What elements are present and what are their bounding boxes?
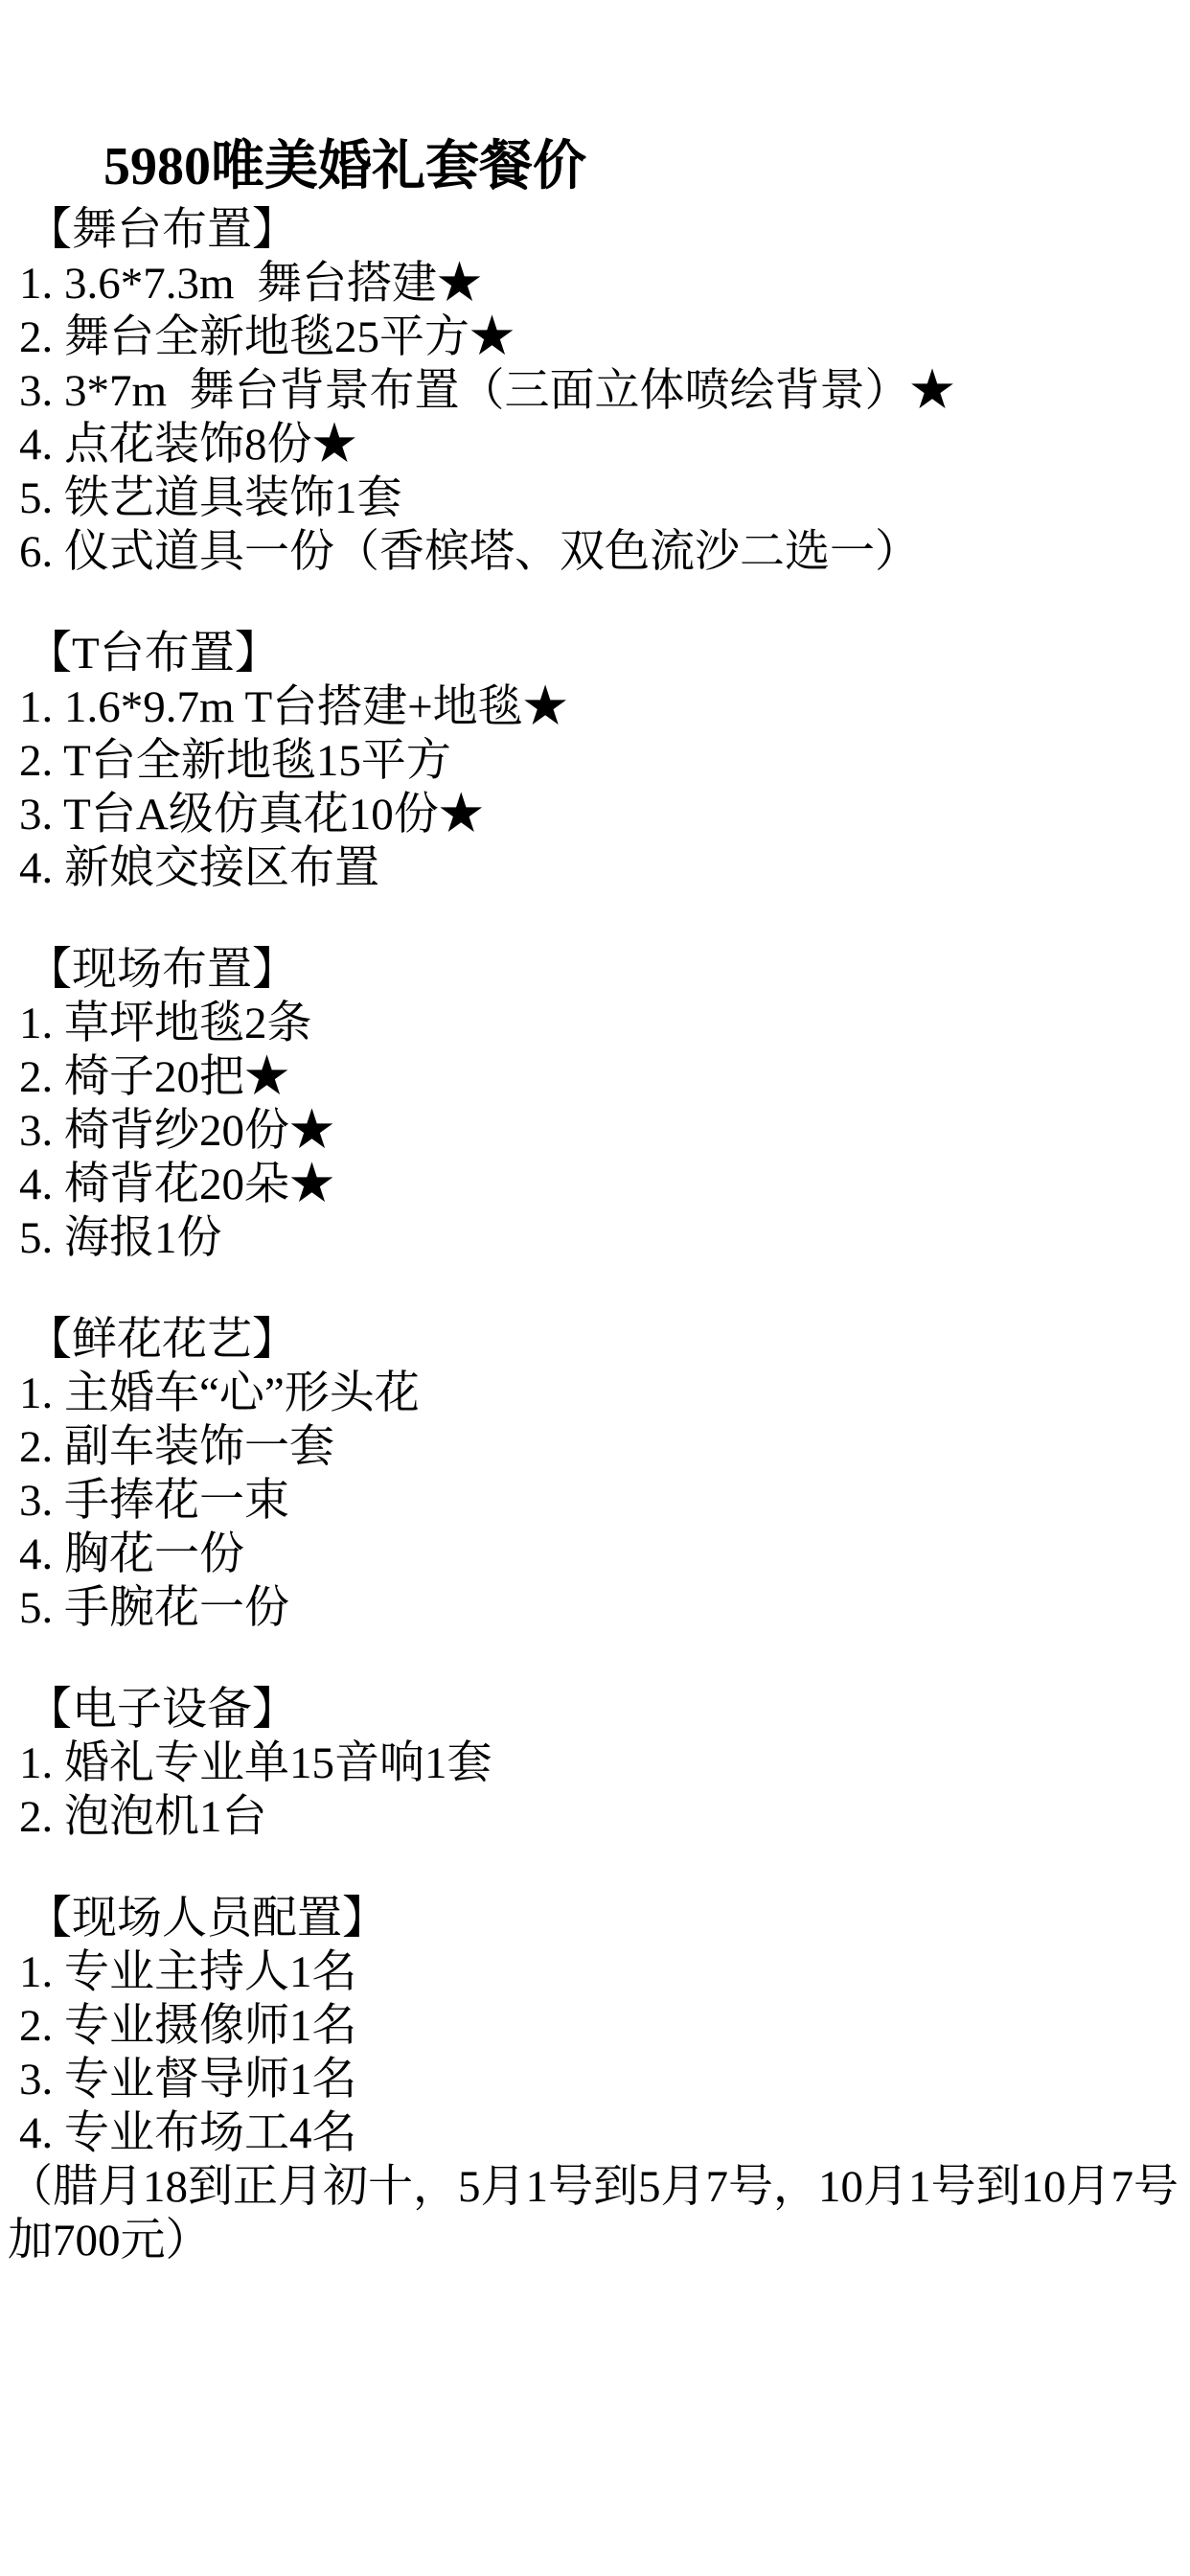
list-item: 3. 手捧花一束: [0, 1474, 1190, 1528]
document-page: 5980唯美婚礼套餐价 【舞台布置】 1. 3.6*7.3m 舞台搭建★ 2. …: [0, 0, 1190, 2576]
list-item: 2. 专业摄像师1名: [0, 1999, 1190, 2053]
list-item: 6. 仪式道具一份（香槟塔、双色流沙二选一）: [0, 525, 1190, 579]
pricing-note: （腊月18到正月初十，5月1号到5月7号，10月1号到10月7号 加700元）: [0, 2160, 1190, 2267]
section-fresh-flowers: 【鲜花花艺】 1. 主婚车“心”形头花 2. 副车装饰一套 3. 手捧花一束 4…: [0, 1313, 1190, 1635]
list-item: 2. 舞台全新地毯25平方★: [0, 310, 1190, 364]
list-item: 5. 铁艺道具装饰1套: [0, 471, 1190, 525]
list-item: 1. 婚礼专业单15音响1套: [0, 1736, 1190, 1790]
list-item: 1. 3.6*7.3m 舞台搭建★: [0, 257, 1190, 310]
page-title: 5980唯美婚礼套餐价: [0, 130, 1190, 203]
list-item: 2. 椅子20把★: [0, 1050, 1190, 1104]
list-item: 1. 1.6*9.7m T台搭建+地毯★: [0, 680, 1190, 734]
section-runway-setup: 【T台布置】 1. 1.6*9.7m T台搭建+地毯★ 2. T台全新地毯15平…: [0, 627, 1190, 895]
list-item: 3. 椅背纱20份★: [0, 1104, 1190, 1158]
price-list-document: 5980唯美婚礼套餐价 【舞台布置】 1. 3.6*7.3m 舞台搭建★ 2. …: [0, 0, 1190, 2267]
list-item: 2. 泡泡机1台: [0, 1790, 1190, 1844]
section-electronic-equipment: 【电子设备】 1. 婚礼专业单15音响1套 2. 泡泡机1台: [0, 1683, 1190, 1844]
list-item: 3. 3*7m 舞台背景布置（三面立体喷绘背景）★: [0, 364, 1190, 418]
list-item: 4. 新娘交接区布置: [0, 841, 1190, 895]
list-item: 4. 椅背花20朵★: [0, 1158, 1190, 1211]
list-item: 4. 专业布场工4名: [0, 2106, 1190, 2160]
list-item: 5. 海报1份: [0, 1211, 1190, 1265]
list-item: 5. 手腕花一份: [0, 1581, 1190, 1635]
list-item: 1. 专业主持人1名: [0, 1945, 1190, 1999]
list-item: 1. 主婚车“心”形头花: [0, 1367, 1190, 1420]
section-header: 【鲜花花艺】: [0, 1313, 1190, 1367]
section-header: 【舞台布置】: [0, 203, 1190, 257]
section-venue-setup: 【现场布置】 1. 草坪地毯2条 2. 椅子20把★ 3. 椅背纱20份★ 4.…: [0, 943, 1190, 1265]
list-item: 2. T台全新地毯15平方: [0, 734, 1190, 788]
section-header: 【T台布置】: [0, 627, 1190, 680]
section-header: 【现场布置】: [0, 943, 1190, 997]
list-item: 1. 草坪地毯2条: [0, 997, 1190, 1050]
section-header: 【现场人员配置】: [0, 1892, 1190, 1945]
section-header: 【电子设备】: [0, 1683, 1190, 1736]
list-item: 3. T台A级仿真花10份★: [0, 788, 1190, 841]
section-stage-setup: 【舞台布置】 1. 3.6*7.3m 舞台搭建★ 2. 舞台全新地毯25平方★ …: [0, 203, 1190, 579]
list-item: 3. 专业督导师1名: [0, 2053, 1190, 2106]
list-item: 4. 胸花一份: [0, 1528, 1190, 1581]
list-item: 4. 点花装饰8份★: [0, 418, 1190, 471]
list-item: 2. 副车装饰一套: [0, 1420, 1190, 1474]
section-staff: 【现场人员配置】 1. 专业主持人1名 2. 专业摄像师1名 3. 专业督导师1…: [0, 1892, 1190, 2160]
